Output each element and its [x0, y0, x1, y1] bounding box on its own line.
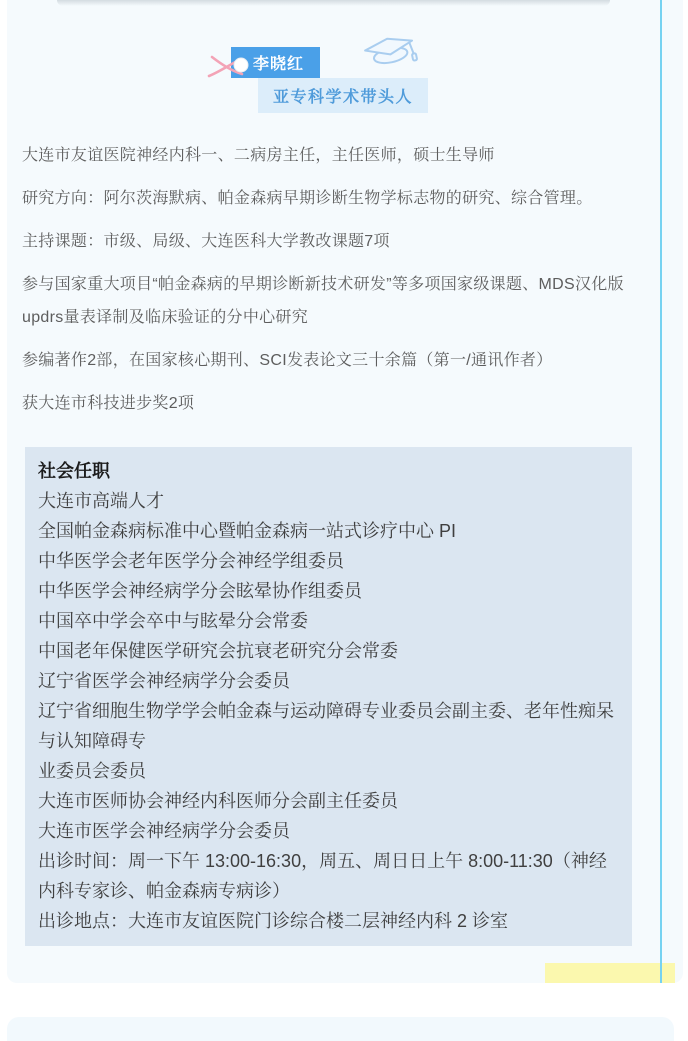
subtitle-label: 亚专科学术带头人 [273, 84, 413, 107]
bio-paragraph: 主持课题：市级、局级、大连医科大学教改课题7项 [22, 225, 626, 258]
social-position-line: 中国卒中学会卒中与眩晕分会常委 [38, 606, 620, 636]
social-positions-box: 社会任职 大连市高端人才全国帕金森病标准中心暨帕金森病一站式诊疗中心 PI中华医… [25, 447, 632, 946]
social-position-line: 辽宁省医学会神经病学分会委员 [38, 666, 620, 696]
bio-paragraph: 研究方向：阿尔茨海默病、帕金森病早期诊断生物学标志物的研究、综合管理。 [22, 182, 626, 215]
social-position-line: 大连市医学会神经病学分会委员 [38, 816, 620, 846]
social-position-line: 中华医学会神经病学分会眩晕协作组委员 [38, 576, 620, 606]
pink-ribbon-icon [205, 46, 251, 86]
social-position-line: 大连市高端人才 [38, 486, 620, 516]
bio-paragraph: 参与国家重大项目“帕金森病的早期诊断新技术研发”等多项国家级课题、MDS汉化版u… [22, 268, 626, 334]
social-position-line: 中国老年保健医学研究会抗衰老研究分会常委 [38, 636, 620, 666]
next-card-strip [7, 1017, 674, 1041]
bio-paragraph: 获大连市科技进步奖2项 [22, 387, 626, 420]
social-position-line: 业委员会委员 [38, 756, 620, 786]
bio-section: 大连市友谊医院神经内科一、二病房主任，主任医师，硕士生导师研究方向：阿尔茨海默病… [22, 139, 626, 430]
bio-paragraph: 大连市友谊医院神经内科一、二病房主任，主任医师，硕士生导师 [22, 139, 626, 172]
social-positions-list: 大连市高端人才全国帕金森病标准中心暨帕金森病一站式诊疗中心 PI中华医学会老年医… [38, 486, 620, 936]
subtitle-badge: 亚专科学术带头人 [258, 78, 428, 113]
bio-paragraph: 参编著作2部，在国家核心期刊、SCI发表论文三十余篇（第一/通讯作者） [22, 344, 626, 377]
social-position-line: 全国帕金森病标准中心暨帕金森病一站式诊疗中心 PI [38, 516, 620, 546]
social-position-line: 出诊地点：大连市友谊医院门诊综合楼二层神经内科 2 诊室 [38, 906, 620, 936]
graduation-cap-icon [364, 28, 426, 82]
social-box-title: 社会任职 [38, 456, 620, 486]
social-position-line: 出诊时间：周一下午 13:00-16:30，周五、周日日上午 8:00-11:3… [38, 846, 620, 906]
top-card-shadow [57, 0, 610, 6]
accent-line [660, 0, 662, 983]
social-position-line: 中华医学会老年医学分会神经学组委员 [38, 546, 620, 576]
social-position-line: 大连市医师协会神经内科医师分会副主任委员 [38, 786, 620, 816]
highlight-bar [545, 963, 675, 983]
social-position-line: 辽宁省细胞生物学学会帕金森与运动障碍专业委员会副主委、老年性痴呆与认知障碍专 [38, 696, 620, 756]
doctor-name: 李晓红 [253, 51, 304, 74]
